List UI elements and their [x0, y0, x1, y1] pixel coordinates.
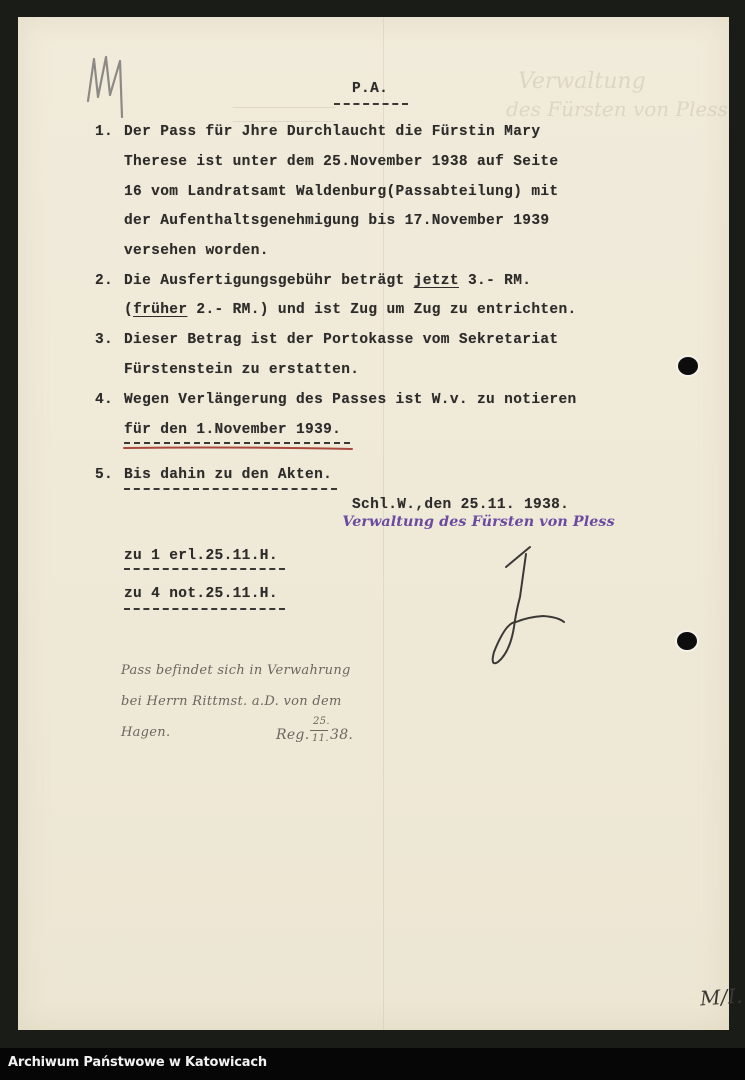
punch-hole [677, 632, 697, 650]
registry-date-day: 25. [313, 716, 330, 727]
corner-mark: M/I. [699, 984, 743, 1011]
item-1-line-4: der Aufenthaltsgenehmigung bis 17.Novemb… [124, 213, 549, 229]
document-page: Verwaltung des Fürsten von Pless ───────… [18, 17, 729, 1030]
item-4-line-1: Wegen Verlängerung des Passes ist W.v. z… [124, 392, 577, 408]
item-3-line-2: Fürstenstein zu erstatten. [124, 362, 359, 378]
item-3-number: 3. [95, 332, 113, 348]
note-1: zu 1 erl.25.11.H. [124, 548, 278, 564]
text-segment: ( [124, 302, 133, 318]
document-heading: P.A. [352, 81, 388, 97]
item-1-number: 1. [95, 124, 113, 140]
folio-number-pencil [80, 39, 140, 119]
administration-stamp: Verwaltung des Fürsten von Pless [342, 514, 614, 530]
item-5-line-1: Bis dahin zu den Akten. [124, 467, 332, 483]
item-1-line-5: versehen worden. [124, 243, 269, 259]
item-2-number: 2. [95, 273, 113, 289]
note-1-underline [124, 568, 285, 570]
text-segment: 2.- RM.) und ist Zug um Zug zu entrichte… [187, 302, 576, 318]
item-1-line-3: 16 vom Landratsamt Waldenburg(Passabteil… [124, 184, 558, 200]
registry-mark: Reg. [276, 727, 309, 743]
item-5-number: 5. [95, 467, 113, 483]
handwritten-note-line-3: Hagen. [121, 725, 170, 740]
item-4-number: 4. [95, 392, 113, 408]
punch-hole [678, 357, 698, 375]
registry-date-month: 11. [312, 733, 329, 744]
fraction-bar [310, 730, 328, 731]
handwritten-note-line-2: bei Herrn Rittmst. a.D. von dem [121, 694, 342, 709]
note-2-underline [124, 608, 285, 610]
registry-year: 38. [330, 727, 353, 743]
item-2-line-1: Die Ausfertigungsgebühr beträgt jetzt 3.… [124, 273, 531, 289]
item-3-line-1: Dieser Betrag ist der Portokasse vom Sek… [124, 332, 558, 348]
item-1-line-1: Der Pass für Jhre Durchlaucht die Fürsti… [124, 124, 540, 140]
item-4-typed-underline [124, 442, 350, 444]
archive-name: Archiwum Państwowe w Katowicach [8, 1055, 267, 1070]
text-segment: Die Ausfertigungsgebühr beträgt [124, 273, 414, 289]
item-1-line-2: Therese ist unter dem 25.November 1938 a… [124, 154, 558, 170]
item-4-line-2: für den 1.November 1939. [124, 422, 341, 438]
bleed-through-letterhead: Verwaltung [518, 69, 646, 94]
heading-underline [334, 103, 408, 105]
underlined-word-frueher: früher [133, 302, 187, 318]
note-2: zu 4 not.25.11.H. [124, 586, 278, 602]
place-date: Schl.W.,den 25.11. 1938. [352, 497, 569, 513]
red-pencil-underline [122, 445, 354, 451]
bleed-through-letterhead: des Fürsten von Pless [506, 97, 728, 121]
text-segment: 3.- RM. [459, 273, 531, 289]
item-2-line-2: (früher 2.- RM.) und ist Zug um Zug zu e… [124, 302, 577, 318]
archive-footer-bar: Archiwum Państwowe w Katowicach [0, 1048, 745, 1080]
underlined-word-jetzt: jetzt [414, 273, 459, 289]
handwritten-signature [488, 542, 588, 672]
handwritten-note-line-1: Pass befindet sich in Verwahrung [121, 663, 351, 678]
item-5-underline [124, 488, 337, 490]
bleed-through-text: ───────────────── [233, 103, 335, 114]
